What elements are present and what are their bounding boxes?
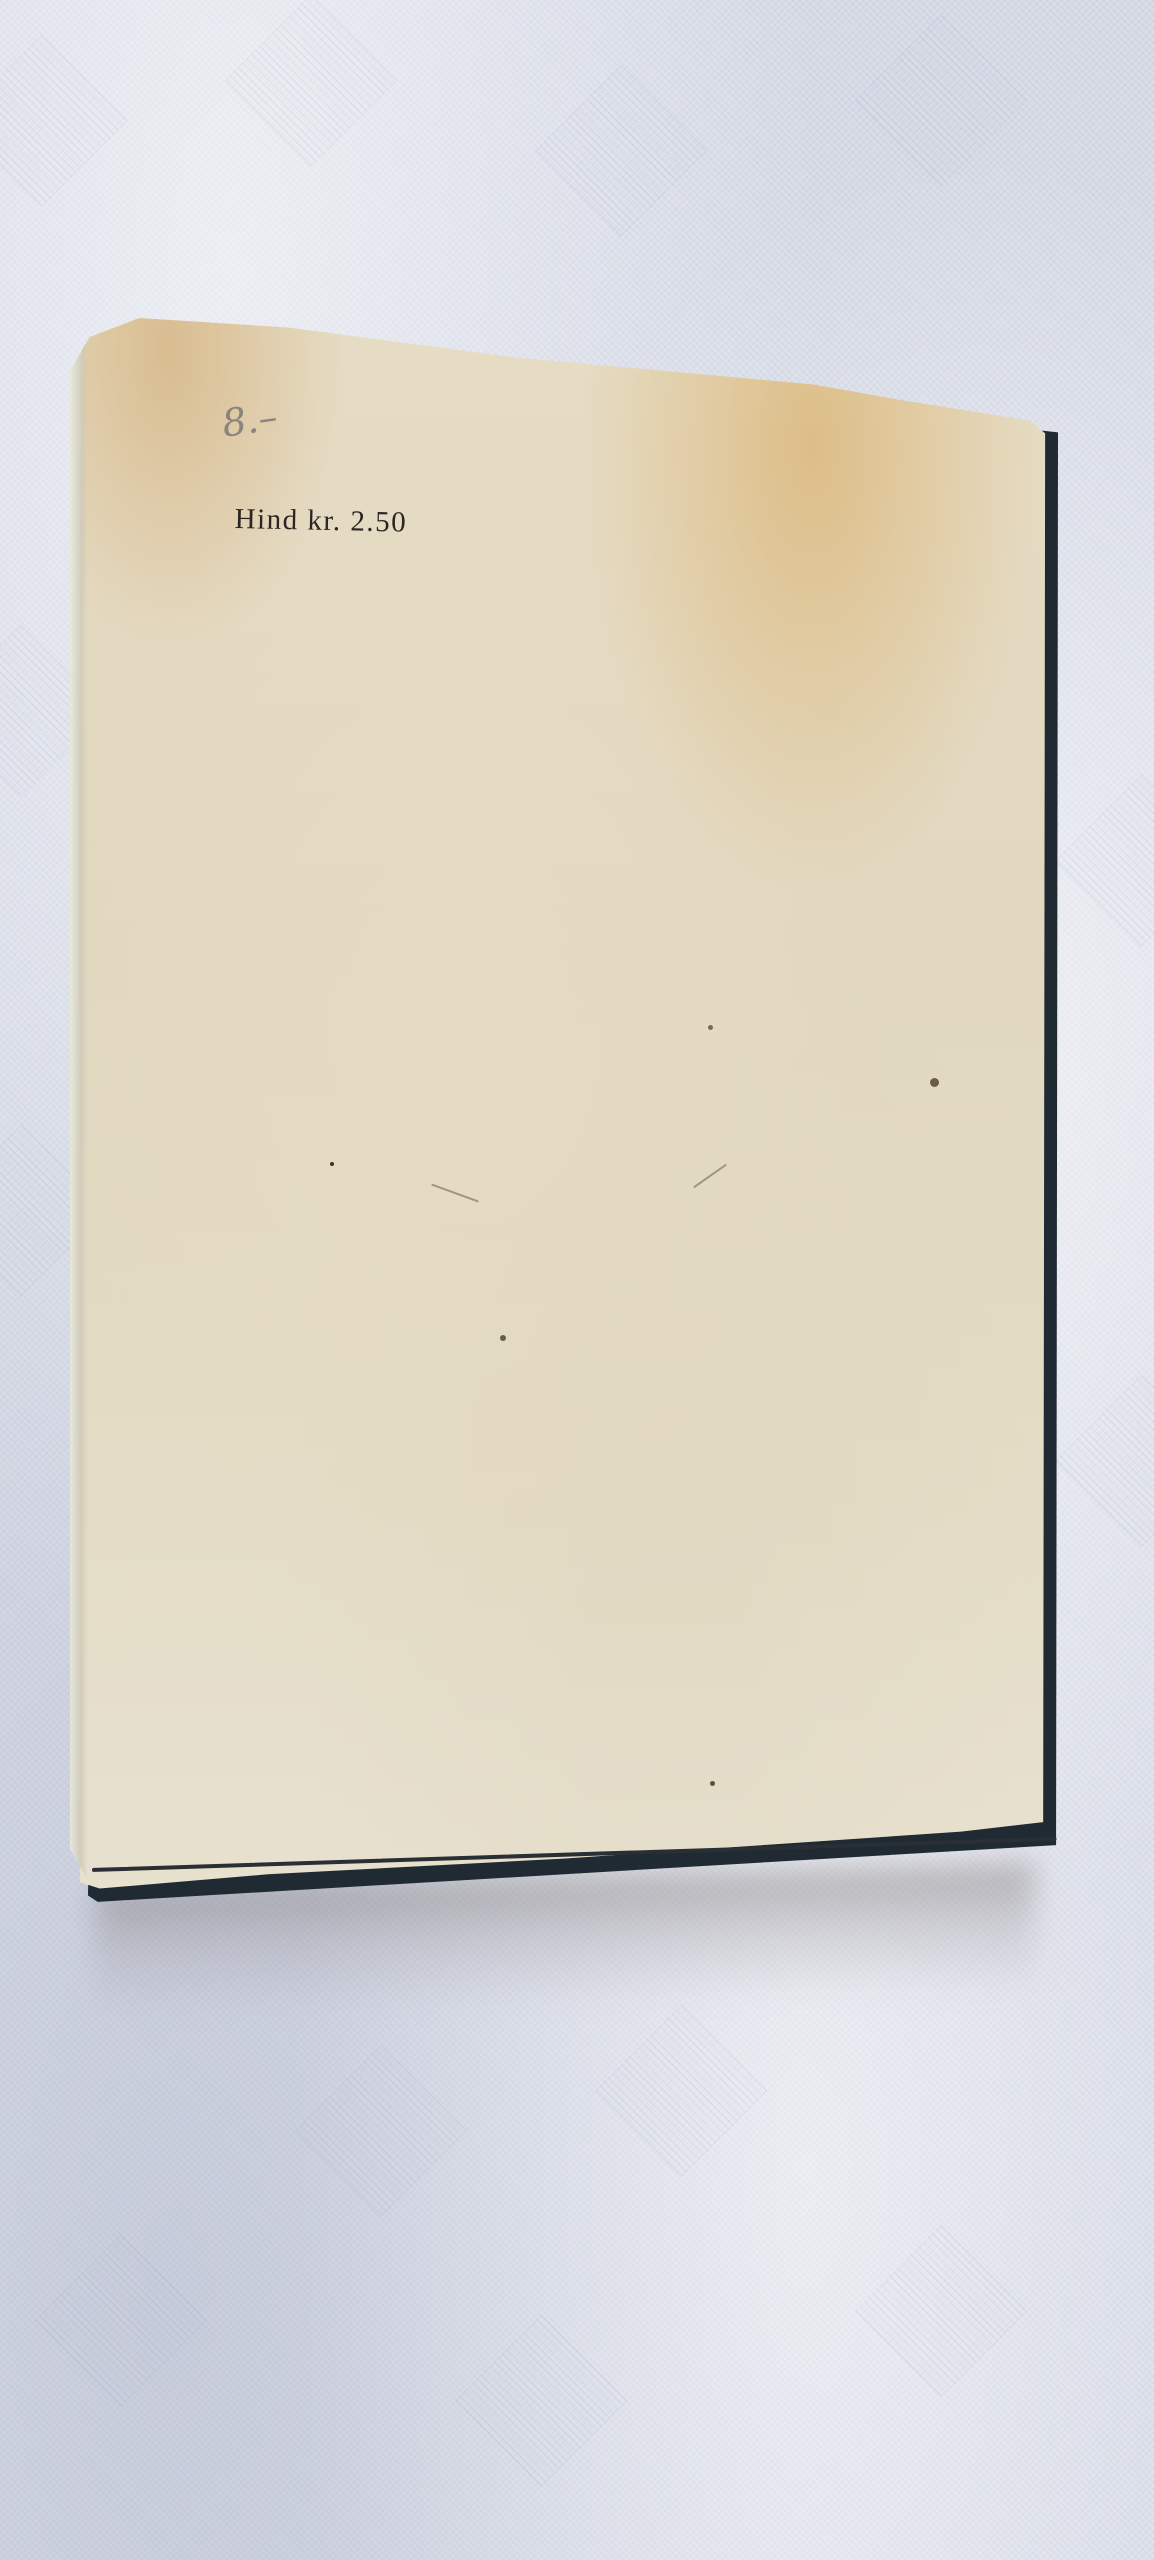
jacket-speck [710,1781,715,1786]
cloth-diamond-motif [225,0,398,167]
cloth-diamond-motif [295,2045,468,2218]
cloth-diamond-motif [0,35,127,208]
cloth-diamond-motif [855,15,1028,188]
cloth-diamond-motif [455,2315,628,2488]
cloth-diamond-motif [1055,1375,1154,1548]
cloth-diamond-motif [535,65,708,238]
printed-price-label: Hind kr. 2.50 [234,503,407,540]
jacket-speck [500,1335,506,1341]
cloth-diamond-motif [595,2005,768,2178]
jacket-speck [330,1162,334,1166]
jacket-speck [930,1078,939,1087]
cloth-diamond-motif [35,2235,208,2408]
cloth-diamond-motif [855,2225,1028,2398]
jacket-speck [708,1025,713,1030]
pencil-price-note: 8.– [219,394,280,445]
cloth-diamond-motif [1055,775,1154,948]
jacket-frayed-spine-edge [70,340,88,1880]
dust-jacket-back [70,318,1060,1898]
